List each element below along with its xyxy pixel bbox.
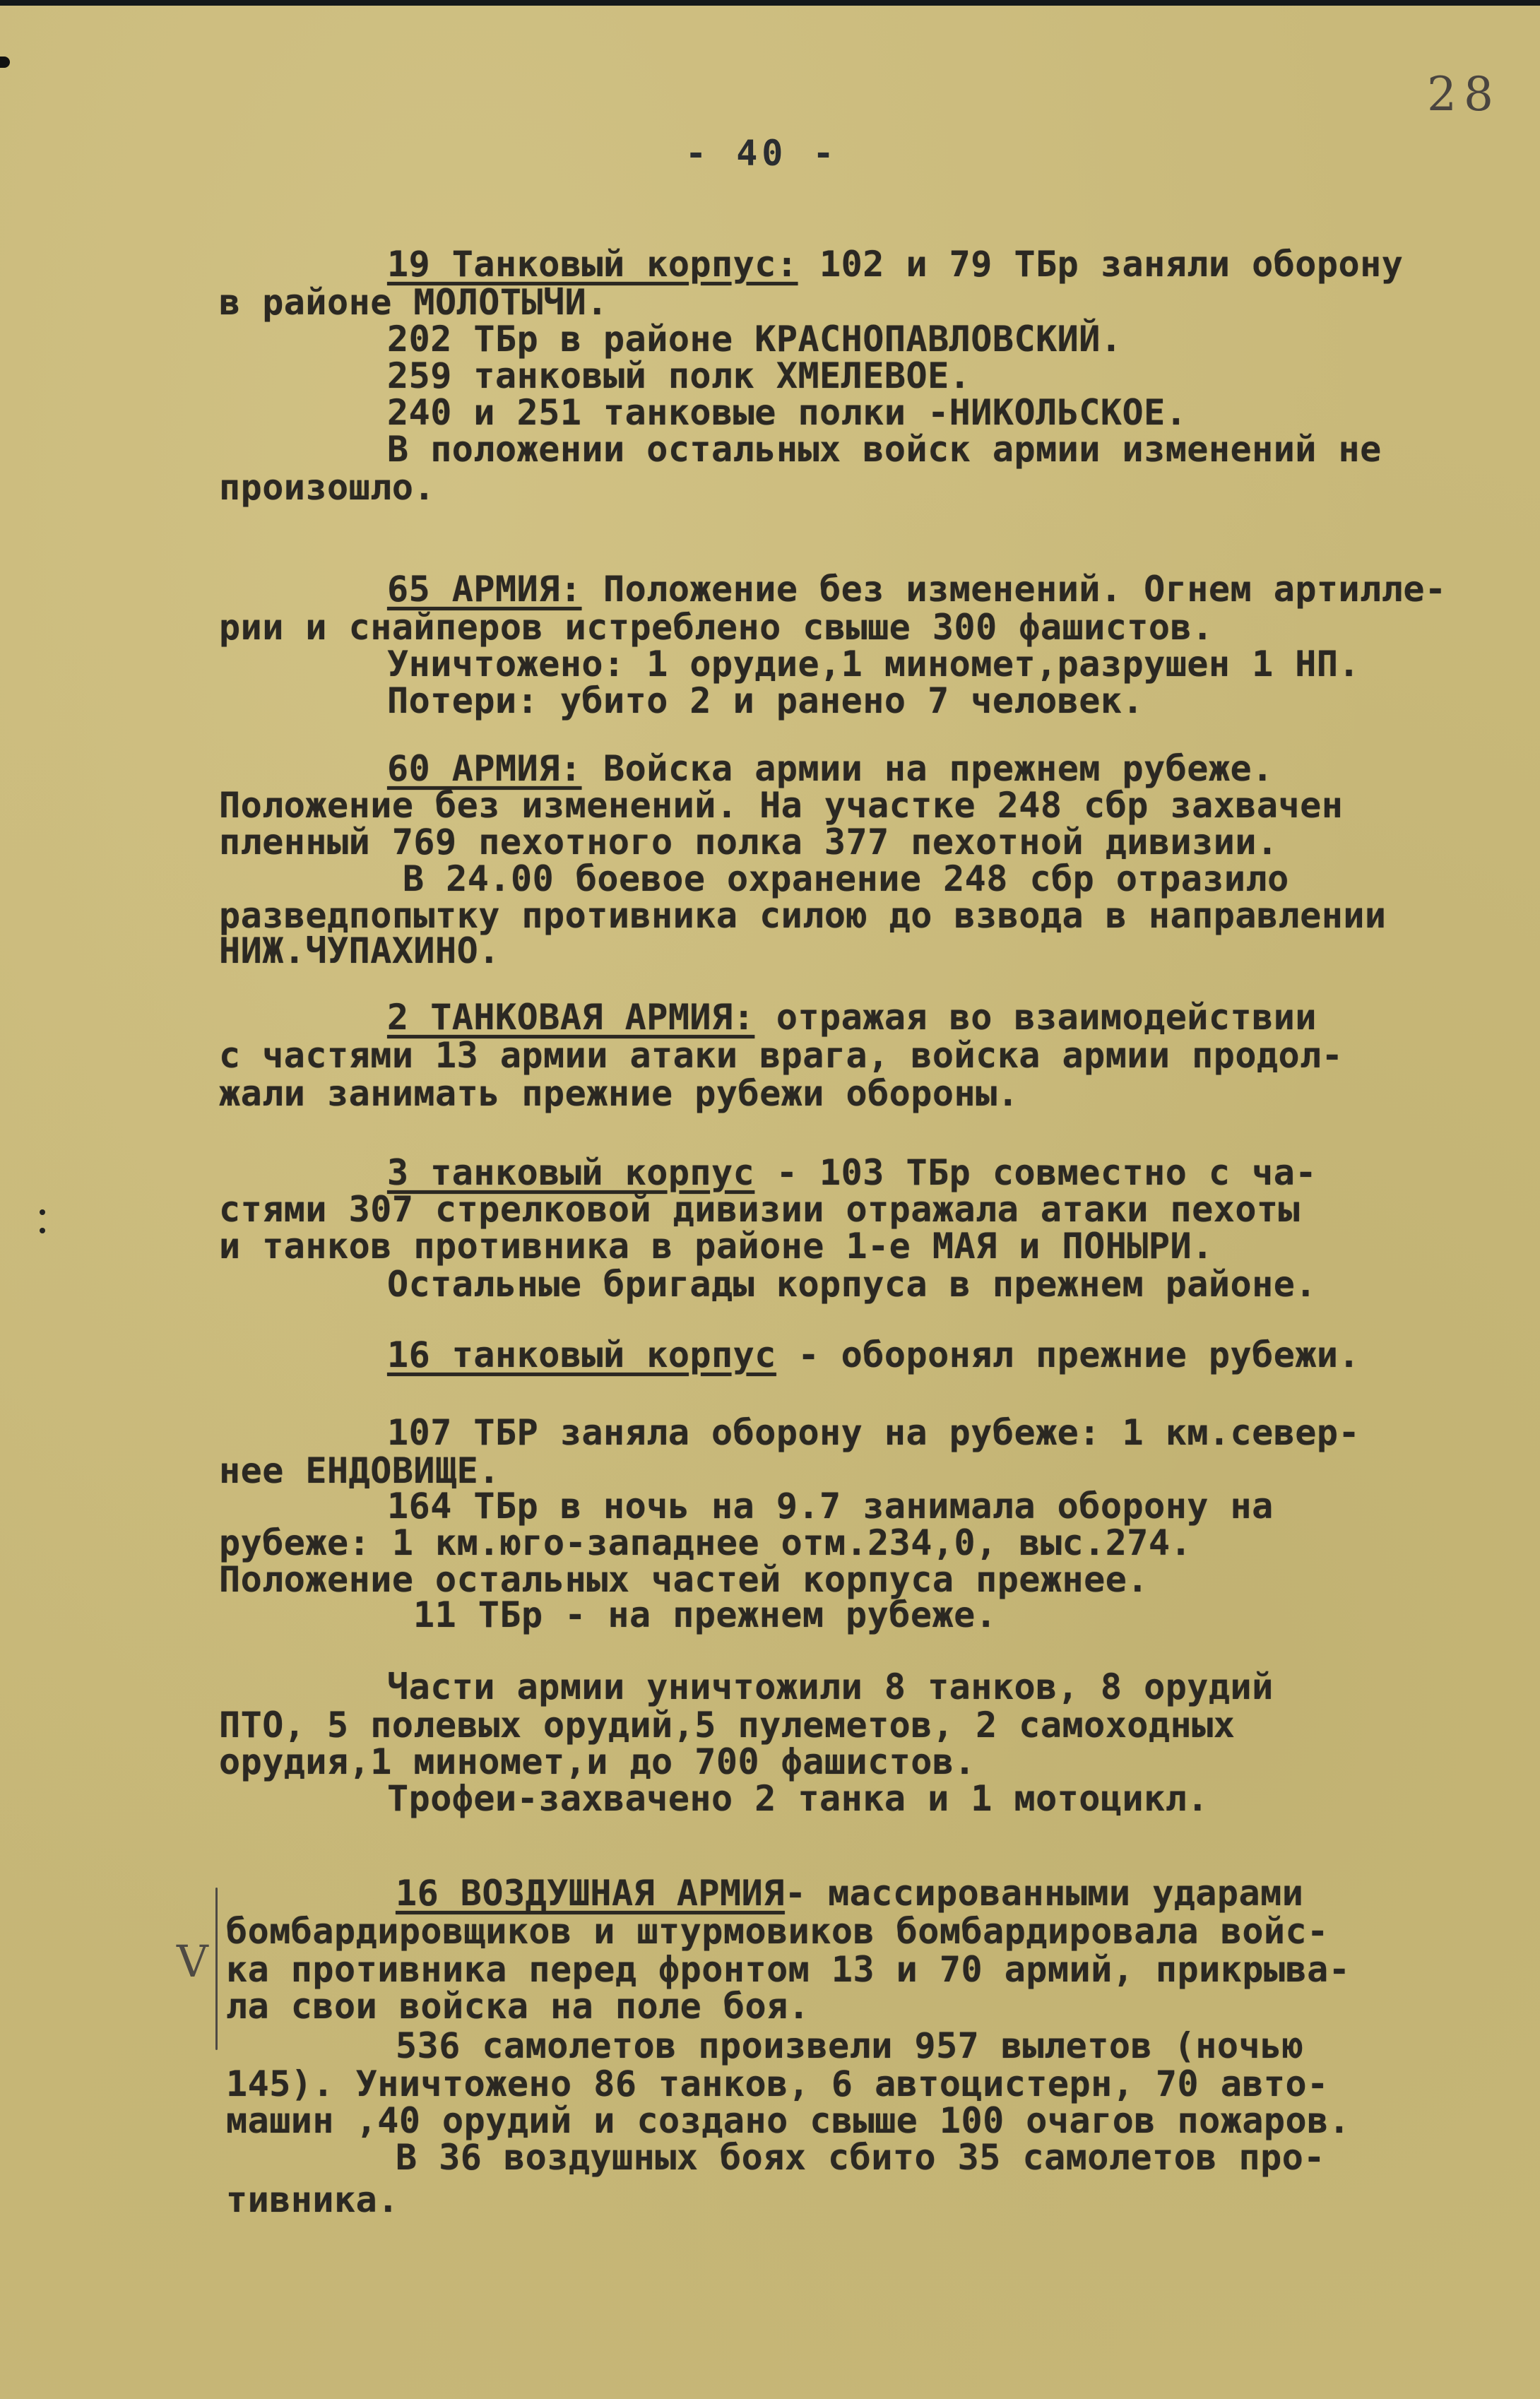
text-line: рии и снайперов истреблено свыше 300 фаш… bbox=[219, 608, 1214, 647]
text-line: тивника. bbox=[226, 2180, 399, 2220]
text-line: 202 ТБр в районе КРАСНОПАВЛОВСКИЙ. bbox=[387, 319, 1123, 359]
text-line: 107 ТБР заняла оборону на рубеже: 1 км.с… bbox=[387, 1413, 1360, 1452]
section-60-army-first-line: 60 АРМИЯ: Войска армии на прежнем рубеже… bbox=[387, 749, 1274, 788]
text-line: в районе МОЛОТЫЧИ. bbox=[219, 283, 608, 322]
section-2-tank-army-first-line: 2 ТАНКОВАЯ АРМИЯ: отражая во взаимодейст… bbox=[387, 997, 1317, 1037]
text-line: рубеже: 1 км.юго-западнее отм.234,0, выс… bbox=[219, 1523, 1192, 1563]
page-number: - 40 - bbox=[685, 133, 839, 174]
section-heading: 16 танковый корпус bbox=[387, 1334, 776, 1375]
text-line: с частями 13 армии атаки врага, войска а… bbox=[219, 1036, 1343, 1075]
text-line: нее ЕНДОВИЩЕ. bbox=[219, 1451, 500, 1491]
text-line: В положении остальных войск армии измене… bbox=[387, 430, 1382, 469]
text-line: пленный 769 пехотного полка 377 пехотной… bbox=[219, 822, 1279, 862]
section-heading: 60 АРМИЯ: bbox=[387, 748, 581, 789]
text-line: ка противника перед фронтом 13 и 70 арми… bbox=[226, 1950, 1350, 1989]
section-heading: 19 Танковый корпус: bbox=[387, 244, 798, 285]
text-line: 145). Уничтожено 86 танков, 6 автоцистер… bbox=[226, 2064, 1329, 2104]
scan-top-edge bbox=[0, 0, 1540, 6]
section-65-army-first-line: 65 АРМИЯ: Положение без изменений. Огнем… bbox=[387, 569, 1447, 609]
section-heading: 2 ТАНКОВАЯ АРМИЯ: bbox=[387, 997, 754, 1038]
section-16-air-army-first-line: 16 ВОЗДУШНАЯ АРМИЯ- массированными удара… bbox=[396, 1873, 1303, 1913]
text-line: стями 307 стрелковой дивизии отражала ат… bbox=[219, 1190, 1300, 1229]
text-line: разведпопытку противника силою до взвода… bbox=[219, 896, 1387, 935]
text-line: Потери: убито 2 и ранено 7 человек. bbox=[387, 681, 1144, 721]
text-line: В 36 воздушных боях сбито 35 самолетов п… bbox=[396, 2138, 1325, 2177]
text-line: 536 самолетов произвели 957 вылетов (ноч… bbox=[396, 2026, 1303, 2066]
section-3-tank-corps-first-line: 3 танковый корпус - 103 ТБр совместно с … bbox=[387, 1153, 1317, 1192]
text-line: Положение остальных частей корпуса прежн… bbox=[219, 1560, 1149, 1599]
text-line: Уничтожено: 1 орудие,1 миномет,разрушен … bbox=[387, 644, 1360, 684]
text-line: машин ,40 орудий и создано свыше 100 оча… bbox=[226, 2101, 1350, 2140]
text-line: ПТО, 5 полевых орудий,5 пулеметов, 2 сам… bbox=[219, 1705, 1235, 1745]
text-line: Части армии уничтожили 8 танков, 8 оруди… bbox=[387, 1667, 1274, 1707]
margin-bracket-line bbox=[215, 1888, 218, 2050]
text-line: орудия,1 миномет,и до 700 фашистов. bbox=[219, 1742, 976, 1782]
text-line: и танков противника в районе 1-е МАЯ и П… bbox=[219, 1226, 1214, 1266]
check-mark-icon: V bbox=[177, 1936, 208, 1987]
text-line: бомбардировщиков и штурмовиков бомбардир… bbox=[226, 1912, 1329, 1951]
text-line: НИЖ.ЧУПАХИНО. bbox=[219, 931, 500, 971]
text-line: Остальные бригады корпуса в прежнем райо… bbox=[387, 1264, 1317, 1304]
section-19-tank-corps-first-line: 19 Танковый корпус: 102 и 79 ТБр заняли … bbox=[387, 244, 1403, 284]
binding-hole bbox=[0, 57, 10, 68]
section-heading: 3 танковый корпус bbox=[387, 1152, 754, 1193]
section-16-tank-corps-first-line: 16 танковый корпус - оборонял прежние ру… bbox=[387, 1335, 1360, 1375]
text-line: произошло. bbox=[219, 468, 435, 507]
section-heading: 16 ВОЗДУШНАЯ АРМИЯ bbox=[396, 1873, 785, 1914]
text-line: жали занимать прежние рубежи обороны. bbox=[219, 1074, 1019, 1113]
text-line: Трофеи-захвачено 2 танка и 1 мотоцикл. bbox=[387, 1779, 1209, 1818]
section-heading: 65 АРМИЯ: bbox=[387, 569, 581, 610]
text-line: В 24.00 боевое охранение 248 сбр отразил… bbox=[403, 859, 1289, 899]
ink-speck bbox=[40, 1228, 45, 1233]
text-line: 240 и 251 танковые полки -НИКОЛЬСКОЕ. bbox=[387, 393, 1187, 432]
text-line: ла свои войска на поле боя. bbox=[226, 1986, 810, 2026]
text-line: 164 ТБр в ночь на 9.7 занимала оборону н… bbox=[387, 1486, 1274, 1526]
text-line: 259 танковый полк ХМЕЛЕВОЕ. bbox=[387, 356, 971, 396]
text-line: Положение без изменений. На участке 248 … bbox=[219, 786, 1343, 825]
text-line: 11 ТБр - на прежнем рубеже. bbox=[413, 1595, 997, 1635]
ink-speck bbox=[40, 1209, 45, 1215]
archive-folio-number: 28 bbox=[1427, 67, 1500, 122]
